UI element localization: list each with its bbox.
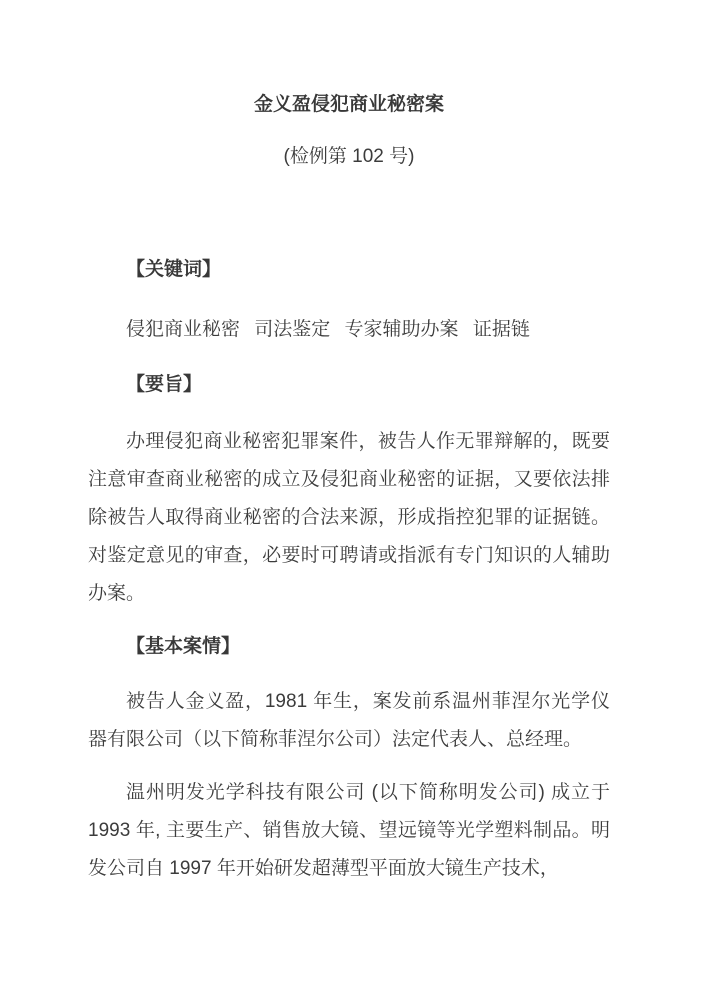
section-heading-keywords: 【关键词】 xyxy=(88,251,610,289)
facts-paragraph-1: 被告人金义盈，1981 年生，案发前系温州菲涅尔光学仪器有限公司（以下简称菲涅尔… xyxy=(88,683,610,759)
section-heading-basic-facts: 【基本案情】 xyxy=(88,628,610,666)
section-heading-gist: 【要旨】 xyxy=(88,366,610,404)
document-content: 金义盈侵犯商业秘密案 (检例第 102 号) 【关键词】 侵犯商业秘密 司法鉴定… xyxy=(0,0,707,999)
document-page: 金义盈侵犯商业秘密案 (检例第 102 号) 【关键词】 侵犯商业秘密 司法鉴定… xyxy=(0,0,707,999)
keywords-text: 侵犯商业秘密 司法鉴定 专家辅助办案 证据链 xyxy=(88,311,610,349)
document-title: 金义盈侵犯商业秘密案 xyxy=(88,86,610,124)
case-number: (检例第 102 号) xyxy=(88,138,610,176)
facts-paragraph-2: 温州明发光学科技有限公司 (以下简称明发公司) 成立于 1993 年, 主要生产… xyxy=(88,774,610,888)
gist-paragraph: 办理侵犯商业秘密犯罪案件，被告人作无罪辩解的，既要注意审查商业秘密的成立及侵犯商… xyxy=(88,423,610,613)
